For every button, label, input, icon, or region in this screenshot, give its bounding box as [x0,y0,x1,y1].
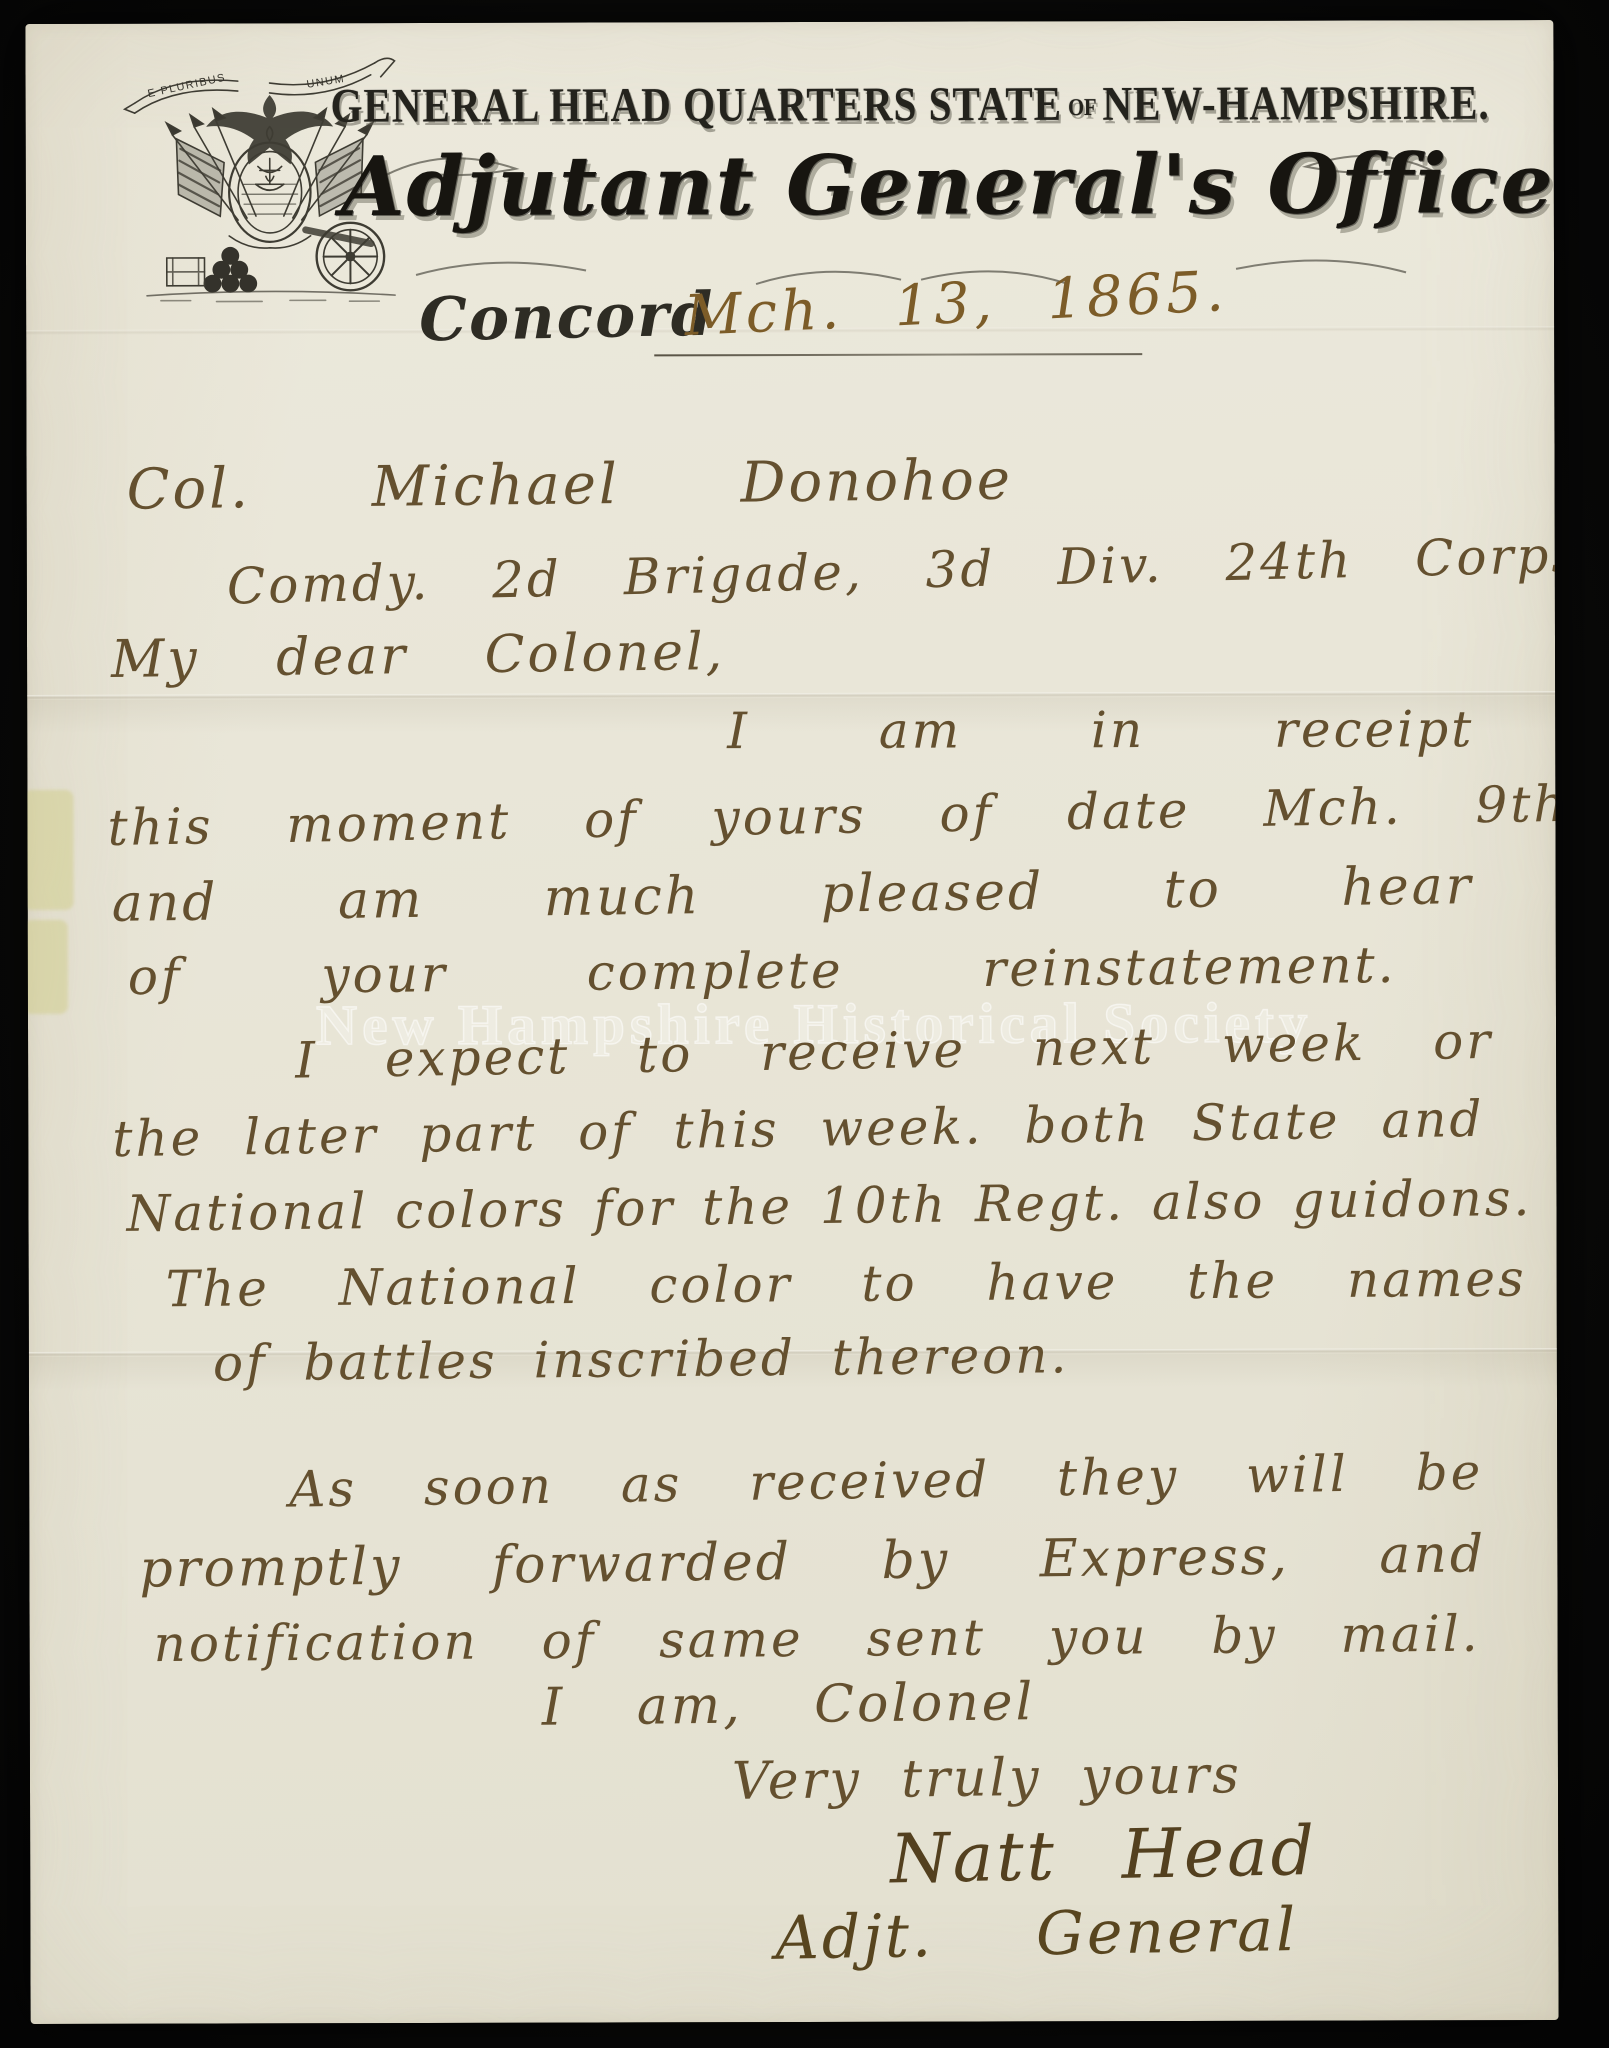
recipient-command-line: Comdy. 2d Brigade, 3d Div. 24th Corps [226,526,1558,616]
handwriting-line: The National color to have the names [165,1250,1526,1319]
salutation: My dear Colonel, [111,622,726,690]
handwriting-line: As soon as received they will be [289,1443,1484,1519]
closing-line: I am, Colonel [541,1672,1035,1738]
recipient-name-line: Col. Michael Donohoe [126,448,1013,523]
handwriting-line: of battles inscribed thereon. [213,1326,1070,1392]
letterhead-title-part2: NEW-HAMPSHIRE. [1102,75,1489,130]
handwriting-line: and am much pleased to hear [111,856,1474,934]
closing-line: Very truly yours [732,1745,1243,1812]
handwriting-line: notification of same sent you by mail. [153,1605,1480,1673]
tape-residue [25,790,73,910]
handwriting-line: this moment of yours of date Mch. 9th [107,775,1559,857]
signature: Natt Head [889,1812,1317,1900]
handwriting-line: I am in receipt [727,700,1474,760]
letterhead-title: GENERAL HEAD QUARTERS STATEOFNEW-HAMPSHI… [331,74,1461,134]
signature-title: Adjt. General [775,1895,1299,1974]
dateline-place: Concord [418,280,715,356]
cannonballs-icon [203,247,257,293]
motto-left-text: E PLURIBUS [147,72,227,101]
tape-residue [25,920,68,1014]
letterhead-title-part1: GENERAL HEAD QUARTERS STATE [331,76,1063,132]
handwriting-line: the later part of this week. both State … [112,1090,1485,1168]
dateline-rule [654,353,1142,356]
scanned-letter-page: E PLURIBUS UNUM [25,20,1558,2024]
photo-background: E PLURIBUS UNUM [0,0,1609,2048]
letterhead-office-name: Adjutant General's Office, [341,136,1461,235]
letterhead-title-of: OF [1068,94,1097,120]
supply-chest-icon [167,258,205,286]
handwriting-line: of your complete reinstatement. [128,936,1397,1006]
handwriting-line: National colors for the 10th Regt. also … [126,1169,1533,1243]
handwriting-line: promptly forwarded by Express, and [139,1524,1486,1599]
